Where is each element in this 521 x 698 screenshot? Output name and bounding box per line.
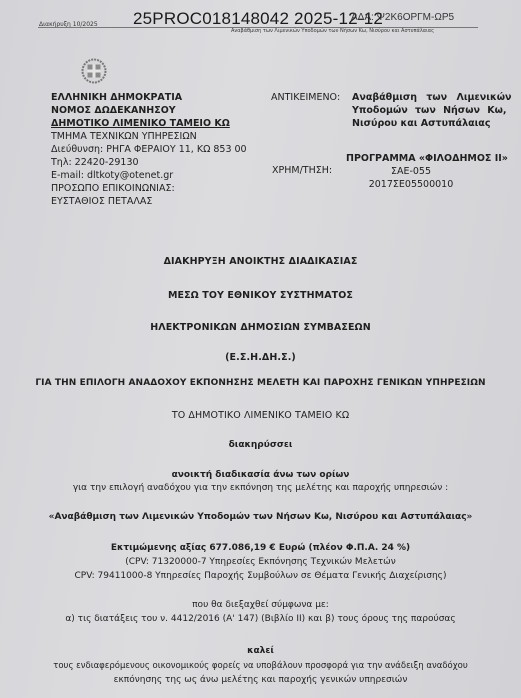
legal-basis: α) τις διατάξεις του ν. 4412/2016 (Α' 14…: [0, 614, 521, 624]
invite-text-2: εκπόνησης της ως άνω μελέτης και παροχής…: [0, 675, 521, 685]
greek-coat-of-arms-icon: [81, 58, 107, 84]
funding-text: ΠΡΟΓΡΑΜΜΑ «ΦΙΛΟΔΗΜΟΣ ΙΙ» ΣΑΕ-055 2017ΣΕ0…: [346, 152, 476, 191]
title-announcement: ΔΙΑΚΗΡΥΞΗ ΑΝΟΙΚΤΗΣ ΔΙΑΔΙΚΑΣΙΑΣ: [0, 256, 521, 267]
issuer-country: ΕΛΛΗΝΙΚΗ ΔΗΜΟΚΡΑΤΙΑ: [51, 91, 247, 104]
invite-text-1: τους ενδιαφερόμενους οικονομικούς φορείς…: [0, 661, 521, 671]
issuer-prefecture: ΝΟΜΟΣ ΔΩΔΕΚΑΝΗΣΟΥ: [51, 104, 247, 117]
issuer-block: ΕΛΛΗΝΙΚΗ ΔΗΜΟΚΡΑΤΙΑ ΝΟΜΟΣ ΔΩΔΕΚΑΝΗΣΟΥ ΔΗ…: [51, 91, 247, 208]
stamp-code: 25PROC018148042 2025-12-12: [133, 9, 383, 29]
cpv-code-2: CPV: 79411000-8 Υπηρεσίες Παροχής Συμβού…: [0, 571, 521, 581]
procedure-text: ανοικτή διαδικασία άνω των ορίων: [0, 470, 521, 480]
subject-line: Νισύρου και Αστυπάλαιας: [352, 117, 511, 130]
title-purpose: ΓΙΑ ΤΗΝ ΕΠΙΛΟΓΗ ΑΝΑΔΟΧΟΥ ΕΚΠΟΝΗΣΗΣ ΜΕΛΕΤ…: [0, 378, 521, 388]
announces-text: διακηρύσσει: [0, 440, 521, 450]
issuer-organization: ΔΗΜΟΤΙΚΟ ΛΙΜΕΝΙΚΟ ΤΑΜΕΙΟ ΚΩ: [51, 117, 247, 130]
running-title: Αναβάθμιση των Λιμενικών Υποδομών των Νή…: [231, 28, 434, 34]
subject-text: Αναβάθμιση των Λιμενικών Υποδομών των Νή…: [352, 91, 511, 130]
title-via-system: ΜΕΣΩ ΤΟΥ ΕΘΝΙΚΟΥ ΣΥΣΤΗΜΑΤΟΣ: [0, 290, 521, 301]
project-title: «Αναβάθμιση των Λιμενικών Υποδομών των Ν…: [0, 512, 521, 522]
title-system-name: ΗΛΕΚΤΡΟΝΙΚΩΝ ΔΗΜΟΣΙΩΝ ΣΥΜΒΑΣΕΩΝ: [0, 322, 521, 333]
purpose-text: για την επιλογή αναδόχου για την εκπόνησ…: [0, 483, 521, 493]
invites-text: καλεί: [0, 646, 521, 656]
issuer-address: Διεύθυνση: ΡΗΓΑ ΦΕΡΑΙΟΥ 11, ΚΩ 853 00: [51, 143, 247, 156]
title-system-acronym: (Ε.Σ.Η.ΔΗ.Σ.): [0, 352, 521, 363]
issuer-phone: Τηλ: 22420-29130: [51, 156, 247, 169]
issuer-email[interactable]: E-mail: dltkoty@otenet.gr: [51, 169, 247, 182]
funding-program: ΠΡΟΓΡΑΜΜΑ «ΦΙΛΟΔΗΜΟΣ ΙΙ»: [346, 152, 476, 165]
funding-label: ΧΡΗΜ/ΤΗΣΗ:: [272, 164, 332, 177]
subject-label: ΑΝΤΙΚΕΙΜΕΝΟ:: [271, 91, 340, 104]
issuer-department: ΤΜΗΜΑ ΤΕΧΝΙΚΩΝ ΥΠΗΡΕΣΙΩΝ: [51, 130, 247, 143]
ada-code: ΑΔΑ: Ψ2Κ6ΟΡΓΜ-ΩΡ5: [351, 12, 454, 23]
cpv-code-1: (CPV: 71320000-7 Υπηρεσίες Εκπόνησης Τεχ…: [0, 557, 521, 567]
estimated-value: Εκτιμώμενης αξίας 677.086,19 € Ευρώ (πλέ…: [0, 543, 521, 553]
issuer-contact-name: ΕΥΣΤΑΘΙΟΣ ΠΕΤΑΛΑΣ: [51, 195, 247, 208]
issuer-contact-label: ΠΡΟΣΩΠΟ ΕΠΙΚΟΙΝΩΝΙΑΣ:: [51, 182, 247, 195]
conducted-text: που θα διεξαχθεί σύμφωνα με:: [0, 600, 521, 610]
funding-code: 2017ΣΕ05500010: [346, 178, 476, 191]
title-issuer: ΤΟ ΔΗΜΟΤΙΚΟ ΛΙΜΕΝΙΚΟ ΤΑΜΕΙΟ ΚΩ: [0, 410, 521, 421]
funding-sae: ΣΑΕ-055: [346, 165, 476, 178]
subject-line: Υποδομών των Νήσων Κω,: [352, 104, 511, 117]
subject-line: Αναβάθμιση των Λιμενικών: [352, 91, 511, 104]
